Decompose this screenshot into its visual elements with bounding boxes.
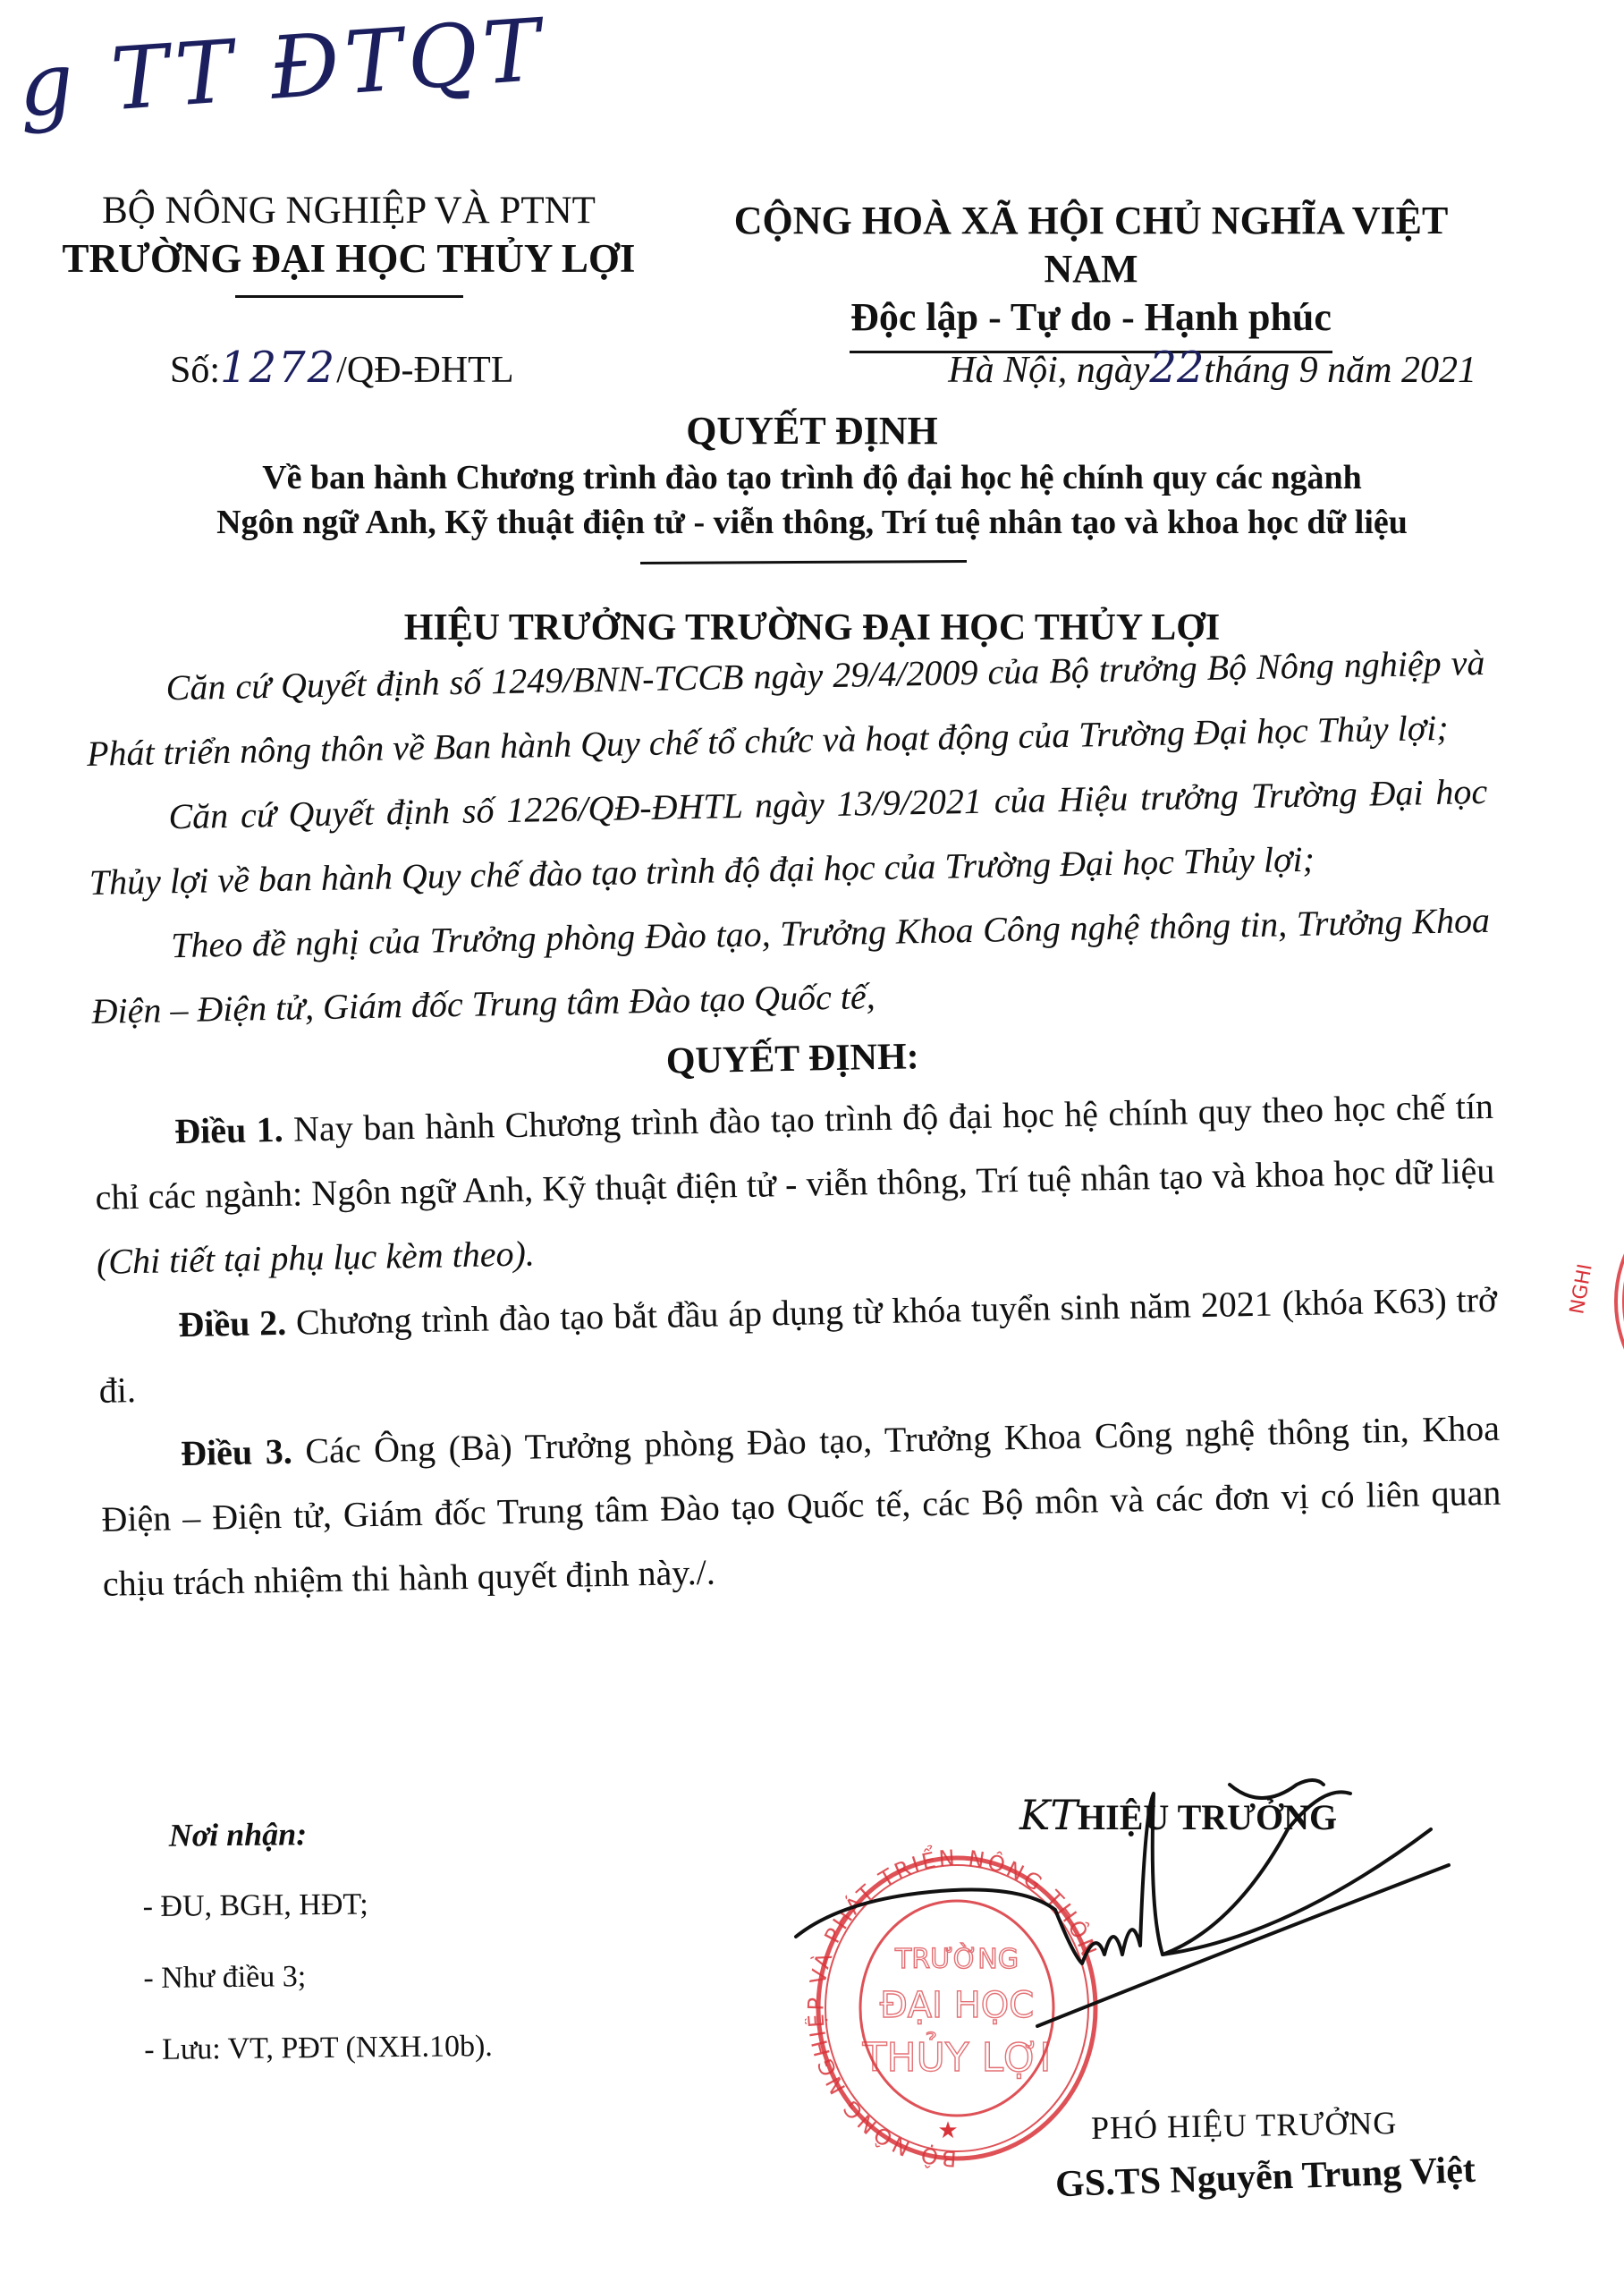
partial-seal-stamp-edge: NGHI bbox=[1552, 1199, 1624, 1404]
document-subtitle-line1: Về ban hành Chương trình đào tạo trình đ… bbox=[0, 455, 1624, 500]
article-3: Điều 3. Các Ông (Bà) Trưởng phòng Đào tạ… bbox=[99, 1396, 1502, 1616]
date-prefix: Hà Nội, ngày bbox=[948, 350, 1149, 391]
recipient-item: - ĐU, BGH, HĐT; bbox=[142, 1868, 491, 1943]
article-1-note: (Chi tiết tại phụ lục kèm theo). bbox=[97, 1233, 536, 1281]
article-1-label: Điều 1. bbox=[174, 1109, 283, 1151]
doc-number-suffix: /QĐ-ĐHTL bbox=[336, 350, 513, 391]
ministry-name: BỘ NÔNG NGHIỆP VÀ PTNT bbox=[54, 188, 644, 234]
recipient-item: - Lưu: VT, PĐT (NXH.10b). bbox=[144, 2011, 493, 2086]
document-date: Hà Nội, ngày22tháng 9 năm 2021 bbox=[948, 343, 1476, 393]
document-subtitle-line2: Ngôn ngữ Anh, Kỹ thuật điện tử - viễn th… bbox=[0, 500, 1624, 545]
recipient-item: - Như điều 3; bbox=[143, 1939, 492, 2014]
country-name: CỘNG HOÀ XÃ HỘI CHỦ NGHĨA VIỆT NAM bbox=[689, 197, 1493, 293]
recipients-block: Nơi nhận: - ĐU, BGH, HĐT; - Như điều 3; … bbox=[141, 1796, 493, 2086]
header-left: BỘ NÔNG NGHIỆP VÀ PTNT TRƯỜNG ĐẠI HỌC TH… bbox=[54, 188, 644, 298]
doc-number-handwritten: 1272 bbox=[220, 343, 336, 393]
signatory-name: GS.TS Nguyễn Trung Việt bbox=[1054, 2149, 1476, 2206]
article-3-text: Các Ông (Bà) Trưởng phòng Đào tạo, Trưởn… bbox=[101, 1408, 1501, 1604]
handwritten-signature bbox=[787, 1776, 1574, 2151]
recipients-heading: Nơi nhận: bbox=[168, 1796, 490, 1871]
handwritten-routing-note: g TT ĐTQT bbox=[15, 0, 549, 136]
title-divider bbox=[639, 560, 966, 564]
university-name: TRƯỜNG ĐẠI HỌC THỦY LỢI bbox=[54, 234, 644, 283]
article-3-label: Điều 3. bbox=[181, 1431, 292, 1473]
document-title: QUYẾT ĐỊNH bbox=[0, 407, 1624, 455]
article-1: Điều 1. Nay ban hành Chương trình đào tạ… bbox=[94, 1074, 1497, 1294]
document-title-block: QUYẾT ĐỊNH Về ban hành Chương trình đào … bbox=[0, 407, 1624, 564]
svg-text:NGHI: NGHI bbox=[1566, 1262, 1596, 1316]
doc-number-prefix: Số: bbox=[170, 350, 220, 391]
header-right: CỘNG HOÀ XÃ HỘI CHỦ NGHĨA VIỆT NAM Độc l… bbox=[689, 197, 1493, 353]
document-number: Số:1272/QĐ-ĐHTL bbox=[170, 343, 513, 393]
article-1-text: Nay ban hành Chương trình đào tạo trình … bbox=[95, 1086, 1495, 1217]
article-2-text: Chương trình đào tạo bắt đầu áp dụng từ … bbox=[98, 1279, 1497, 1411]
national-motto: Độc lập - Tự do - Hạnh phúc bbox=[689, 293, 1493, 342]
article-2-label: Điều 2. bbox=[178, 1302, 287, 1344]
date-suffix: tháng 9 năm 2021 bbox=[1205, 350, 1477, 391]
date-day-handwritten: 22 bbox=[1149, 343, 1204, 393]
document-body: Căn cứ Quyết định số 1249/BNN-TCCB ngày … bbox=[85, 631, 1502, 1616]
header-left-underline bbox=[235, 295, 463, 298]
